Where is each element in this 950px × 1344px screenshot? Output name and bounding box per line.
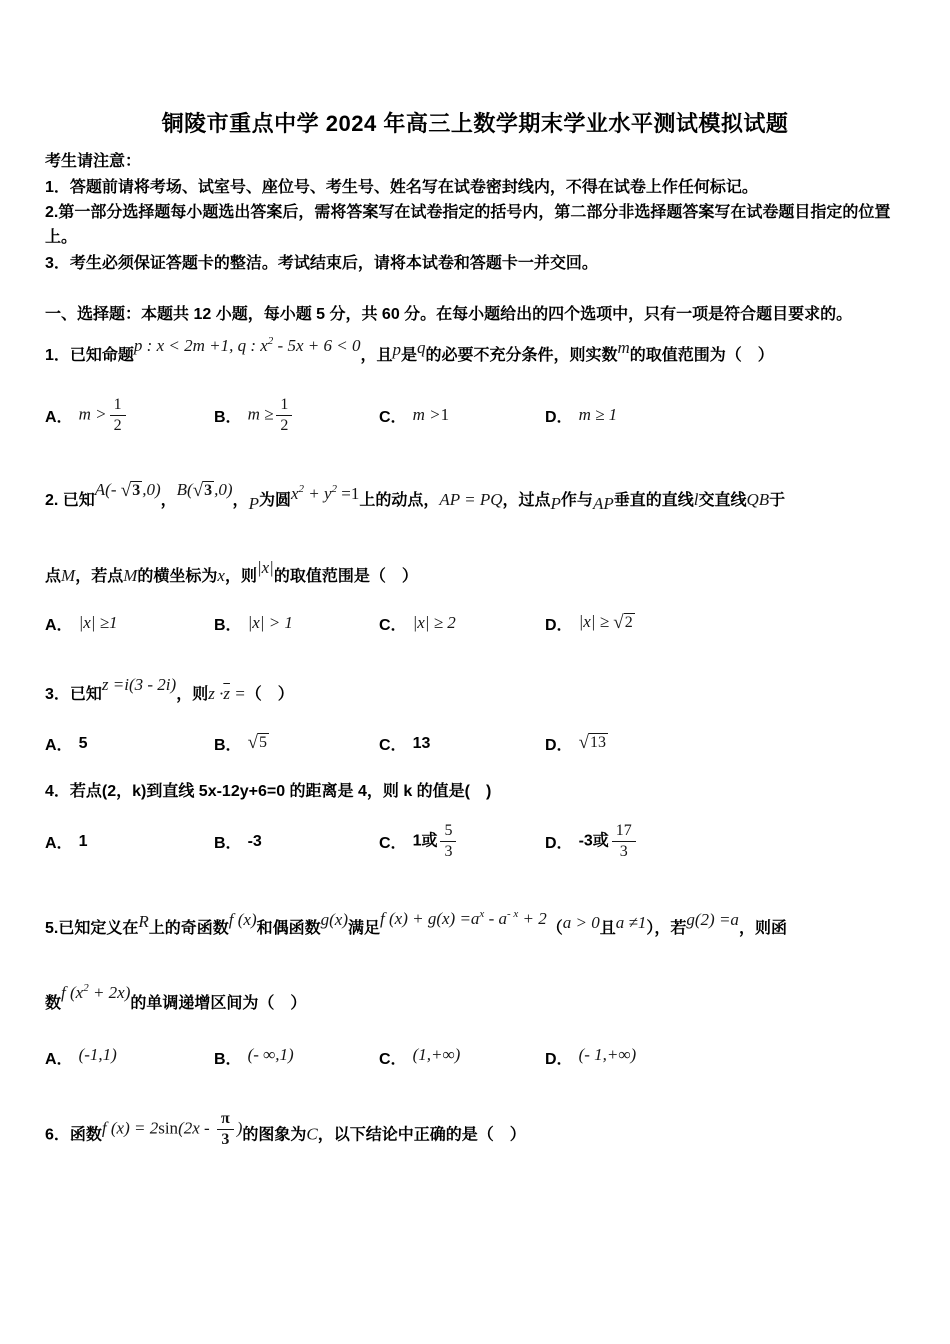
question-3-options-row: A．5B．√5C．13D．√13	[45, 718, 905, 768]
text-run: 满足	[348, 920, 380, 937]
math-run: p	[392, 340, 401, 359]
text-run: 是	[401, 347, 417, 364]
math-group: z =i(3 - 2i)	[102, 673, 176, 698]
question-3-line-1: 3．已知z =i(3 - 2i)，则z ·z =（ ）	[45, 673, 925, 707]
math-group: (- 1,+∞)	[579, 1045, 637, 1065]
math-square-root: √3	[121, 478, 142, 503]
math-run: AP = PQ	[439, 490, 502, 509]
question-2-option-D: D．|x| ≥ √2	[545, 612, 905, 635]
option-label: D．	[545, 830, 573, 853]
math-group: a > 0	[563, 911, 600, 936]
notice-item-1: 1．答题前请将考场、试室号、座位号、考生号、姓名写在试卷密封线内，不得在试卷上作…	[45, 175, 907, 200]
math-run: M	[61, 566, 75, 585]
option-content: √13	[579, 732, 608, 755]
math-run: |x|	[257, 558, 274, 577]
text-run: 1	[79, 833, 88, 850]
math-group: AP	[593, 492, 614, 517]
radical-sign-icon: √	[193, 480, 203, 501]
option-label: B．	[214, 732, 242, 755]
question-2-options-row: A．|x| ≥1B．|x| > 1C．|x| ≥ 2D．|x| ≥ √2	[45, 598, 905, 648]
option-content: |x| ≥ √2	[579, 612, 635, 634]
question-2-option-B: B．|x| > 1	[214, 612, 379, 635]
option-content: -3或173	[579, 822, 639, 860]
option-label: A．	[45, 1046, 73, 1069]
option-label: C．	[379, 612, 407, 635]
question-1-options-row: A．m >12B．m ≥12C．m >1D．m ≥ 1	[45, 390, 905, 440]
math-run: B(	[177, 480, 193, 499]
radical-sign-icon: √	[613, 612, 623, 633]
math-group: f (x2 + 2x)	[61, 981, 130, 1006]
math-run: sin	[158, 1118, 178, 1137]
math-run: M	[123, 566, 137, 585]
option-label: C．	[379, 1046, 407, 1069]
math-run: x	[217, 566, 225, 585]
math-group: (- ∞,1)	[248, 1045, 294, 1065]
text-run: ，	[161, 492, 177, 509]
math-run: (- ∞,1)	[248, 1045, 294, 1064]
question-3-option-B: B．√5	[214, 732, 379, 755]
math-fraction: 53	[440, 822, 456, 860]
option-content: |x| ≥ 2	[413, 613, 456, 633]
text-run: ，过点	[503, 492, 551, 509]
math-square-root: √2	[613, 612, 634, 634]
math-group: (-1,1)	[79, 1045, 117, 1065]
math-group: (1,+∞)	[413, 1045, 461, 1065]
option-label: A．	[45, 612, 73, 635]
math-run: - 5x + 6 < 0	[273, 336, 360, 355]
question-2-line-1: 2. 已知A(- √3,0)，B(√3,0)，P为圆x2 + y2 =1上的动点…	[45, 478, 925, 517]
text-run: （ ）	[246, 686, 294, 703]
math-group: |x|	[257, 556, 274, 581]
math-group: P	[551, 492, 561, 517]
text-run: ），若	[646, 920, 686, 937]
math-group: p	[392, 338, 401, 363]
notice-item-3: 3．考生必须保证答题卡的整洁。考试结束后，请将本试卷和答题卡一并交回。	[45, 251, 907, 276]
math-square-root: √13	[579, 732, 608, 754]
radicand: 13	[589, 733, 608, 752]
option-content: m >12	[79, 396, 129, 434]
option-label: D．	[545, 612, 573, 635]
math-run: =	[230, 684, 246, 703]
math-run: |x| ≥1	[79, 613, 118, 632]
math-run: QB	[746, 490, 769, 509]
option-content: -3	[248, 829, 262, 854]
math-group: m	[618, 336, 630, 361]
math-group: g(x)	[321, 908, 348, 933]
math-run: R	[138, 912, 148, 931]
option-label: A．	[45, 830, 73, 853]
option-content: 13	[413, 731, 431, 756]
math-group: g(2) =a	[686, 908, 739, 933]
fraction-denominator: 2	[110, 416, 126, 435]
text-run: ，	[233, 492, 249, 509]
option-label: D．	[545, 1046, 573, 1069]
question-5-line-2: 数f (x2 + 2x)的单调递增区间为（ ）	[45, 981, 925, 1016]
math-run: f (x	[61, 983, 83, 1002]
fraction-numerator: π	[217, 1110, 234, 1130]
question-5-line-1: 5.已知定义在R上的奇函数f (x)和偶函数g(x)满足f (x) + g(x)…	[45, 907, 925, 941]
radicand: 3	[203, 481, 214, 500]
text-run: 2. 已知	[45, 492, 95, 509]
math-fraction: π3	[217, 1110, 234, 1148]
text-run: 5.已知定义在	[45, 920, 138, 937]
text-run: 且	[600, 920, 616, 937]
math-run: P	[551, 494, 561, 513]
option-content: (- ∞,1)	[248, 1045, 294, 1070]
math-run: P	[249, 494, 259, 513]
option-label: D．	[545, 404, 573, 427]
math-run: |x| ≥ 2	[413, 613, 456, 632]
math-run: f (x) = 2	[102, 1118, 158, 1137]
math-run: A(-	[95, 480, 121, 499]
math-run: C	[306, 1124, 317, 1143]
math-run: f (x) + g(x) =a	[380, 909, 479, 928]
math-group: R	[138, 910, 148, 935]
text-run: 点	[45, 568, 61, 585]
option-label: C．	[379, 404, 407, 427]
text-run: 的必要不充分条件，则实数	[425, 347, 617, 364]
math-run: + y	[304, 484, 332, 503]
question-4-option-D: D．-3或173	[545, 822, 905, 860]
question-5-option-C: C．(1,+∞)	[379, 1045, 545, 1070]
math-run: (- 1,+∞)	[579, 1045, 637, 1064]
text-run: ，若点	[75, 568, 123, 585]
math-group: f (x)	[229, 908, 257, 933]
math-run: 1	[441, 405, 450, 424]
math-square-root: √3	[193, 478, 214, 503]
fraction-numerator: 1	[110, 396, 126, 416]
text-run: 和偶函数	[257, 920, 321, 937]
question-3-option-C: C．13	[379, 731, 545, 756]
question-5-option-B: B．(- ∞,1)	[214, 1045, 379, 1070]
math-fraction: 173	[612, 822, 636, 860]
text-run: ，则	[176, 686, 208, 703]
text-run: 1或	[413, 832, 438, 849]
question-4-option-A: A．1	[45, 829, 214, 854]
question-1-option-D: D．m ≥ 1	[545, 404, 905, 427]
text-run: 4．若点(2，k)到直线 5x-12y+6=0 的距离是 4，则 k 的值是( …	[45, 783, 491, 800]
text-run: ，则	[225, 568, 257, 585]
option-label: B．	[214, 830, 242, 853]
question-1-option-B: B．m ≥12	[214, 396, 379, 434]
math-group: f (x) = 2sin(2x - π3)	[102, 1110, 242, 1148]
question-2-option-C: C．|x| ≥ 2	[379, 612, 545, 635]
option-content: 1	[79, 829, 88, 854]
option-content: m >1	[413, 405, 450, 425]
option-content: (-1,1)	[79, 1045, 117, 1070]
math-group: A(- √3,0)	[95, 478, 161, 503]
text-run: ，且	[360, 347, 392, 364]
text-run: -3	[248, 833, 262, 850]
math-group: √5	[248, 732, 269, 754]
question-5-option-D: D．(- 1,+∞)	[545, 1045, 905, 1070]
radical-sign-icon: √	[579, 732, 589, 753]
fraction-denominator: 3	[612, 842, 636, 861]
math-run: g(2) =a	[686, 910, 739, 929]
math-run: m	[618, 338, 630, 357]
math-group: p : x < 2m +1, q : x2 - 5x + 6 < 0	[134, 334, 361, 359]
math-run: + 2x)	[89, 983, 131, 1002]
text-run: 上的奇函数	[149, 920, 229, 937]
notice-heading: 考生请注意：	[45, 149, 907, 174]
fraction-numerator: 17	[612, 822, 636, 842]
option-label: D．	[545, 732, 573, 755]
question-1-line-1: 1．已知命题p : x < 2m +1, q : x2 - 5x + 6 < 0…	[45, 334, 925, 368]
text-run: 为圆	[259, 492, 291, 509]
option-content: m ≥ 1	[579, 405, 618, 425]
math-group: B(√3,0)	[177, 478, 233, 503]
text-run: 的取值范围为（ ）	[630, 347, 774, 364]
question-4-option-B: B．-3	[214, 829, 379, 854]
question-3-option-D: D．√13	[545, 732, 905, 755]
text-run: 的图象为	[242, 1126, 306, 1143]
option-content: 5	[79, 731, 88, 756]
section-heading: 一、选择题：本题共 12 小题，每小题 5 分，共 60 分。在每小题给出的四个…	[45, 302, 907, 327]
option-label: C．	[379, 732, 407, 755]
question-1-option-A: A．m >12	[45, 396, 214, 434]
question-4-options-row: A．1B．-3C．1或53D．-3或173	[45, 816, 905, 866]
math-run: - a	[484, 909, 507, 928]
fraction-denominator: 3	[217, 1130, 234, 1149]
math-run: m ≥	[248, 404, 274, 423]
radicand: 3	[131, 481, 142, 500]
math-fraction: 12	[110, 396, 126, 434]
math-run: (2x -	[178, 1118, 214, 1137]
math-run: z ·	[208, 684, 223, 703]
math-run: AP	[593, 494, 614, 513]
fraction-numerator: 5	[440, 822, 456, 842]
math-fraction: 12	[276, 396, 292, 434]
option-label: B．	[214, 1046, 242, 1069]
math-run: =1	[337, 484, 359, 503]
fraction-numerator: 1	[276, 396, 292, 416]
option-label: C．	[379, 830, 407, 853]
math-run: m >	[413, 405, 441, 424]
option-content: |x| ≥1	[79, 613, 118, 633]
text-run: 垂直的直线	[614, 492, 694, 509]
math-run: (-1,1)	[79, 1045, 117, 1064]
option-label: B．	[214, 612, 242, 635]
question-1-option-C: C．m >1	[379, 404, 545, 427]
text-run: 的横坐标为	[137, 568, 217, 585]
option-content: (- 1,+∞)	[579, 1045, 637, 1070]
text-run: 6．函数	[45, 1126, 102, 1143]
option-label: A．	[45, 732, 73, 755]
text-run: -3或	[579, 832, 609, 849]
text-run: 于	[769, 492, 785, 509]
option-content: (1,+∞)	[413, 1045, 461, 1070]
question-6-line-1: 6．函数f (x) = 2sin(2x - π3)的图象为C，以下结论中正确的是…	[45, 1110, 925, 1148]
question-5-option-A: A．(-1,1)	[45, 1045, 214, 1070]
exam-paper-page: 铜陵市重点中学 2024 年高三上数学期末学业水平测试模拟试题 考生请注意： 1…	[0, 0, 950, 1344]
text-run: 的取值范围是（ ）	[274, 568, 418, 585]
text-run: 作与	[561, 492, 593, 509]
math-run: m >	[79, 404, 107, 423]
math-run: a ≠1	[616, 913, 647, 932]
math-group: √13	[579, 732, 608, 754]
radicand: 5	[258, 733, 269, 752]
option-content: 1或53	[413, 822, 460, 860]
math-run: p : x < 2m +1, q : x	[134, 336, 268, 355]
math-run: m ≥ 1	[579, 405, 618, 424]
math-run: x	[291, 484, 299, 503]
radicand: 2	[624, 613, 635, 632]
math-group: P	[249, 492, 259, 517]
math-run: a > 0	[563, 913, 600, 932]
option-label: A．	[45, 404, 73, 427]
text-run: 的单调递增区间为（ ）	[130, 995, 306, 1012]
question-5-options-row: A．(-1,1)B．(- ∞,1)C．(1,+∞)D．(- 1,+∞)	[45, 1032, 905, 1082]
math-run: - x	[507, 908, 518, 920]
option-content: √5	[248, 732, 269, 755]
math-square-root: √5	[248, 732, 269, 754]
text-run: 5	[79, 735, 88, 752]
option-label: B．	[214, 404, 242, 427]
math-run: + 2	[518, 909, 546, 928]
math-run: f (x)	[229, 910, 257, 929]
math-run: (1,+∞)	[413, 1045, 461, 1064]
math-run: z =i(3 - 2i)	[102, 675, 176, 694]
page-title: 铜陵市重点中学 2024 年高三上数学期末学业水平测试模拟试题	[0, 111, 950, 137]
fraction-denominator: 2	[276, 416, 292, 435]
math-group: x2 + y2 =1	[291, 482, 359, 507]
text-run: 3．已知	[45, 686, 102, 703]
fraction-denominator: 3	[440, 842, 456, 861]
math-run: z	[223, 684, 230, 703]
radical-sign-icon: √	[121, 480, 131, 501]
question-2-line-2: 点M，若点M的横坐标为x，则|x|的取值范围是（ ）	[45, 556, 925, 589]
question-3-option-A: A．5	[45, 731, 214, 756]
math-run: ,0)	[142, 480, 160, 499]
notice-item-2: 2.第一部分选择题每小题选出答案后，需将答案写在试卷指定的括号内，第二部分非选择…	[45, 200, 907, 250]
text-run: 数	[45, 995, 61, 1012]
math-run: |x| ≥	[579, 612, 614, 631]
text-run: 上的动点，	[359, 492, 439, 509]
math-run: g(x)	[321, 910, 348, 929]
text-run: （	[547, 920, 563, 937]
text-run: ，以下结论中正确的是（ ）	[318, 1126, 526, 1143]
text-run: 13	[413, 735, 431, 752]
text-run: ，则函	[739, 920, 787, 937]
text-run: 1．已知命题	[45, 347, 134, 364]
math-group: a ≠1	[616, 911, 647, 936]
text-run: 交直线	[698, 492, 746, 509]
math-run: ,0)	[214, 480, 232, 499]
radical-sign-icon: √	[248, 732, 258, 753]
question-2-option-A: A．|x| ≥1	[45, 612, 214, 635]
option-content: m ≥12	[248, 396, 296, 434]
question-4-option-C: C．1或53	[379, 822, 545, 860]
option-content: |x| > 1	[248, 613, 293, 633]
math-run: |x| > 1	[248, 613, 293, 632]
question-4-line-1: 4．若点(2，k)到直线 5x-12y+6=0 的距离是 4，则 k 的值是( …	[45, 779, 925, 804]
math-group: f (x) + g(x) =ax - a- x + 2	[380, 907, 547, 932]
